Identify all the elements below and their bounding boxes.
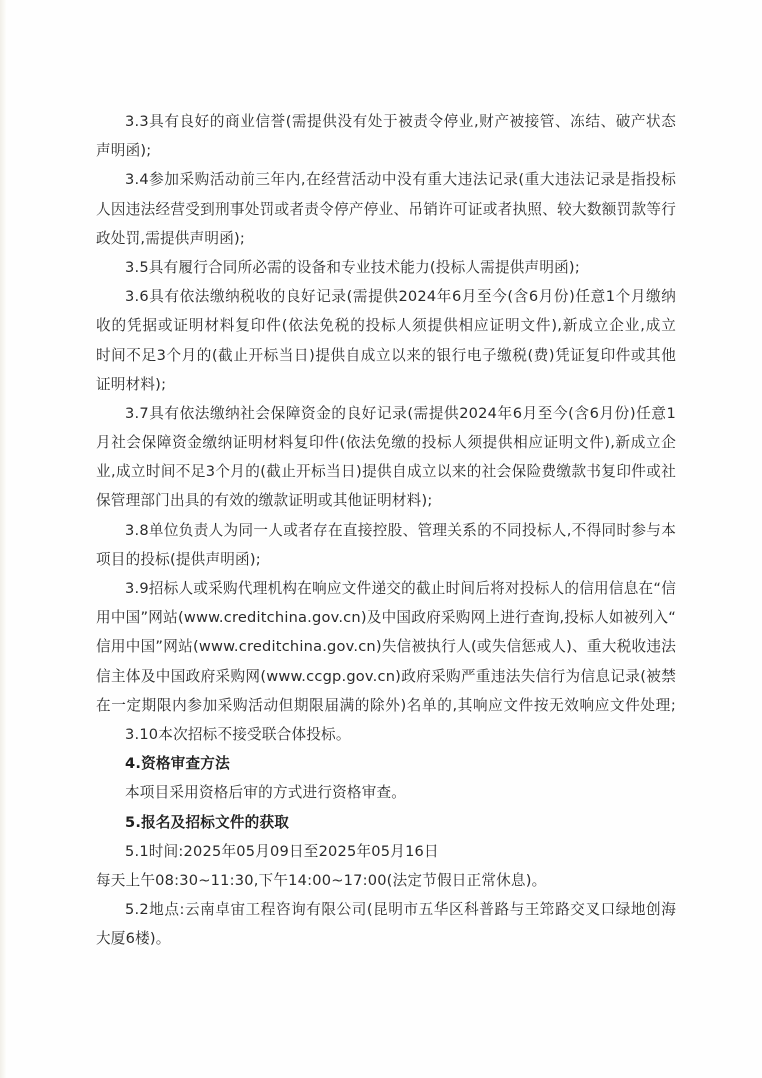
text-line: 证明材料); [96, 370, 676, 399]
scan-edge [0, 0, 6, 1078]
text-line: 政处罚,需提供声明函); [96, 224, 676, 253]
text-line: 月社会保障资金缴纳证明材料复印件(依法免缴的投标人须提供相应证明文件),新成立企 [96, 428, 676, 457]
text-line: 用中国”网站(www.creditchina.gov.cn)及中国政府采购网上进… [96, 603, 676, 632]
document-body: 3.3具有良好的商业信誉(需提供没有处于被责令停业,财产被接管、冻结、破产状态的… [96, 107, 676, 953]
section-heading: 5.报名及招标文件的获取 [96, 808, 676, 837]
text-line: 时间不足3个月的(截止开标当日)提供自成立以来的银行电子缴税(费)凭证复印件或其… [96, 341, 676, 370]
text-line: 项目的投标(提供声明函); [96, 545, 676, 574]
text-line: 信主体及中国政府采购网(www.ccgp.gov.cn)政府采购严重违法失信行为… [96, 662, 676, 691]
text-line: 业,成立时间不足3个月的(截止开标当日)提供自成立以来的社会保险费缴款书复印件或… [96, 457, 676, 486]
section-heading: 4.资格审查方法 [96, 749, 676, 778]
text-line: 信用中国”网站(www.creditchina.gov.cn)失信被执行人(或失… [96, 632, 676, 661]
text-line: 3.8单位负责人为同一人或者存在直接控股、管理关系的不同投标人,不得同时参与本 [96, 516, 676, 545]
text-line: 3.6具有依法缴纳税收的良好记录(需提供2024年6月至今(含6月份)任意1个月… [96, 282, 676, 311]
text-line: 3.3具有良好的商业信誉(需提供没有处于被责令停业,财产被接管、冻结、破产状态的 [96, 107, 676, 136]
text-line: 3.7具有依法缴纳社会保障资金的良好记录(需提供2024年6月至今(含6月份)任… [96, 399, 676, 428]
text-line: 5.1时间:2025年05月09日至2025年05月16日 [96, 837, 676, 866]
text-line: 3.5具有履行合同所必需的设备和专业技术能力(投标人需提供声明函); [96, 253, 676, 282]
text-line: 3.9招标人或采购代理机构在响应文件递交的截止时间后将对投标人的信用信息在“信 [96, 574, 676, 603]
text-line: 人因违法经营受到刑事处罚或者责令停产停业、吊销许可证或者执照、较大数额罚款等行 [96, 195, 676, 224]
text-line: 保管理部门出具的有效的缴款证明或其他证明材料); [96, 486, 676, 515]
document-page: 3.3具有良好的商业信誉(需提供没有处于被责令停业,财产被接管、冻结、破产状态的… [0, 0, 762, 1078]
text-line: 3.4参加采购活动前三年内,在经营活动中没有重大违法记录(重大违法记录是指投标 [96, 165, 676, 194]
text-line: 5.2地点:云南卓宙工程咨询有限公司(昆明市五华区科普路与王筇路交叉口绿地创海 [96, 895, 676, 924]
text-line: 本项目采用资格后审的方式进行资格审查。 [96, 778, 676, 807]
text-line: 收的凭据或证明材料复印件(依法免税的投标人须提供相应证明文件),新成立企业,成立 [96, 311, 676, 340]
text-line: 在一定期限内参加采购活动但期限届满的除外)名单的,其响应文件按无效响应文件处理; [96, 691, 676, 720]
text-line: 每天上午08:30~11:30,下午14:00~17:00(法定节假日正常休息)… [96, 866, 676, 895]
text-line: 3.10本次招标不接受联合体投标。 [96, 720, 676, 749]
text-line: 大厦6楼)。 [96, 924, 676, 953]
text-line: 声明函); [96, 136, 676, 165]
